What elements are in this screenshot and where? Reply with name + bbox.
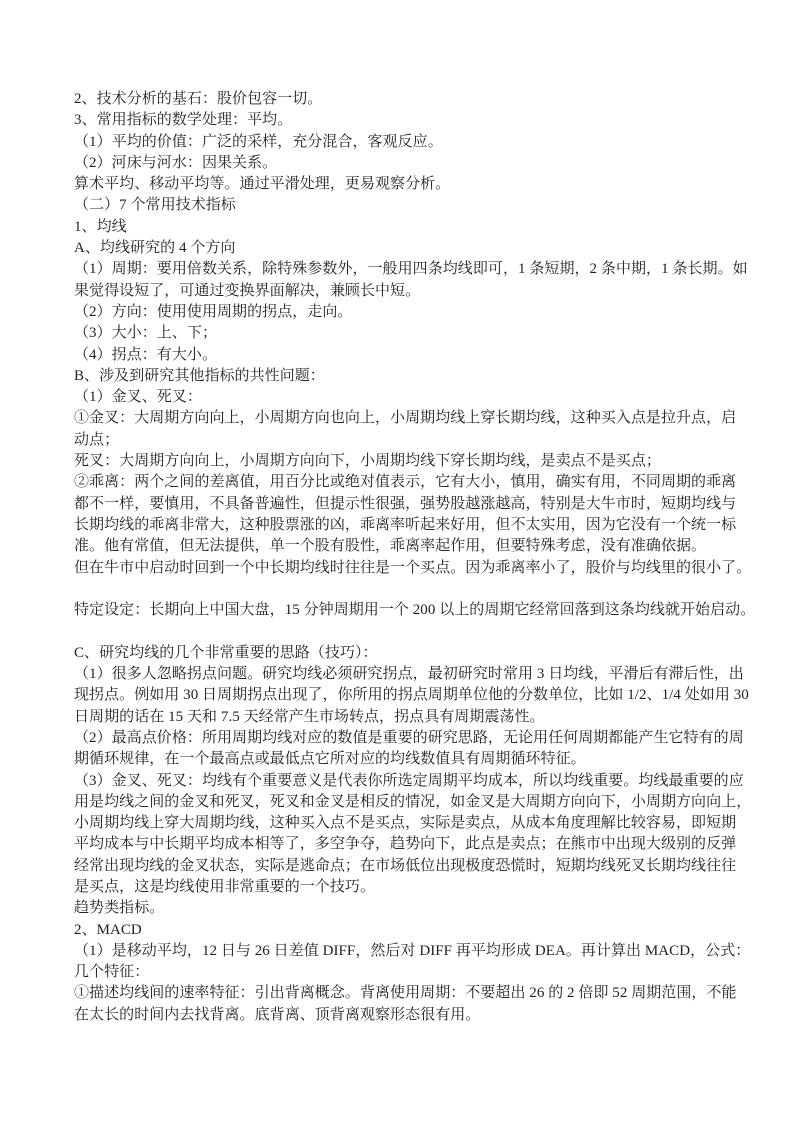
document-body: 2、技术分析的基石：股价包容一切。3、常用指标的数学处理：平均。（1）平均的价值… <box>74 89 740 1026</box>
text-line: A、均线研究的 4 个方向 <box>74 238 740 259</box>
text-line: 现拐点。例如用 30 日周期拐点出现了，你所用的拐点周期单位他的分数单位，比如 … <box>74 685 740 706</box>
text-line: 经常出现均线的金叉状态，实际是逃命点；在市场低位出现极度恐慌时，短期均线死叉长期… <box>74 856 740 877</box>
text-line: 都不一样，要慎用，不具备普遍性，但提示性很强，强势股越涨越高，特别是大牛市时，短… <box>74 494 740 515</box>
text-line: （1）平均的价值：广泛的采样，充分混合，客观反应。 <box>74 132 740 153</box>
text-line: 算术平均、移动平均等。通过平滑处理，更易观察分析。 <box>74 174 740 195</box>
text-line: 长期均线的乖离非常大，这种股票涨的凶，乖离率听起来好用，但不太实用，因为它没有一… <box>74 515 740 536</box>
text-line: 动点； <box>74 430 740 451</box>
text-line: 3、常用指标的数学处理：平均。 <box>74 110 740 131</box>
text-line: 期循环规律，在一个最高点或最低点它所对应的均线数值具有周期循环特征。 <box>74 749 740 770</box>
text-line: 2、技术分析的基石：股价包容一切。 <box>74 89 740 110</box>
text-line: 平均成本与中长期平均成本相等了，多空争夺，趋势向下，此点是卖点；在熊市中出现大级… <box>74 834 740 855</box>
text-line: 1、均线 <box>74 217 740 238</box>
text-line: 但在牛市中启动时回到一个中长期均线时往往是一个买点。因为乖离率小了，股价与均线里… <box>74 558 740 579</box>
text-line: （1）周期：要用倍数关系，除特殊参数外，一般用四条均线即可，1 条短期，2 条中… <box>74 259 740 280</box>
text-line: （3）金叉、死叉：均线有个重要意义是代表你所选定周期平均成本，所以均线重要。均线… <box>74 771 740 792</box>
text-line: 小周期均线上穿大周期均线，这种买入点不是买点，实际是卖点，从成本角度理解比较容易… <box>74 813 740 834</box>
text-line: ②乖离：两个之间的差离值，用百分比或绝对值表示，它有大小，慎用，确实有用，不同周… <box>74 472 740 493</box>
text-line: 果觉得设短了，可通过变换界面解决，兼顾长中短。 <box>74 281 740 302</box>
text-line: 死叉：大周期方向向上，小周期方向向下，小周期均线下穿长期均线，是卖点不是买点； <box>74 451 740 472</box>
text-line: （2）最高点价格：所用周期均线对应的数值是重要的研究思路，无论用任何周期都能产生… <box>74 728 740 749</box>
document-page: 2、技术分析的基石：股价包容一切。3、常用指标的数学处理：平均。（1）平均的价值… <box>0 0 795 1127</box>
text-line: 用是均线之间的金叉和死叉，死叉和金叉是相反的情况，如金叉是大周期方向向下，小周期… <box>74 792 740 813</box>
blank-line <box>74 621 740 642</box>
text-line: （4）拐点：有大小。 <box>74 345 740 366</box>
text-line: （二）7 个常用技术指标 <box>74 195 740 216</box>
text-line: 在太长的时间内去找背离。底背离、顶背离观察形态很有用。 <box>74 1005 740 1026</box>
text-line: 准。他有常值，但无法提供，单一个股有股性，乖离率起作用，但要特殊考虑，没有准确依… <box>74 536 740 557</box>
text-line: （2）方向：使用使用周期的拐点，走向。 <box>74 302 740 323</box>
text-line: C、研究均线的几个非常重要的思路（技巧）： <box>74 643 740 664</box>
blank-line <box>74 579 740 600</box>
text-line: B、涉及到研究其他指标的共性问题： <box>74 366 740 387</box>
text-line: （1）金叉、死叉： <box>74 387 740 408</box>
text-line: （1）很多人忽略拐点问题。研究均线必须研究拐点，最初研究时常用 3 日均线，平滑… <box>74 664 740 685</box>
text-line: （1）是移动平均，12 日与 26 日差值 DIFF，然后对 DIFF 再平均形… <box>74 941 740 962</box>
text-line: 特定设定：长期向上中国大盘，15 分钟周期用一个 200 以上的周期它经常回落到… <box>74 600 740 621</box>
text-line: ①金叉：大周期方向向上，小周期方向也向上，小周期均线上穿长期均线，这种买入点是拉… <box>74 408 740 429</box>
text-line: （2）河床与河水：因果关系。 <box>74 153 740 174</box>
text-line: 2、MACD <box>74 920 740 941</box>
text-line: 几个特征： <box>74 962 740 983</box>
text-line: 是买点，这是均线使用非常重要的一个技巧。 <box>74 877 740 898</box>
text-line: 日周期的话在 15 天和 7.5 天经常产生市场转点，拐点具有周期震荡性。 <box>74 707 740 728</box>
text-line: ①描述均线间的速率特征：引出背离概念。背离使用周期：不要超出 26 的 2 倍即… <box>74 983 740 1004</box>
text-line: （3）大小：上、下； <box>74 323 740 344</box>
text-line: 趋势类指标。 <box>74 898 740 919</box>
